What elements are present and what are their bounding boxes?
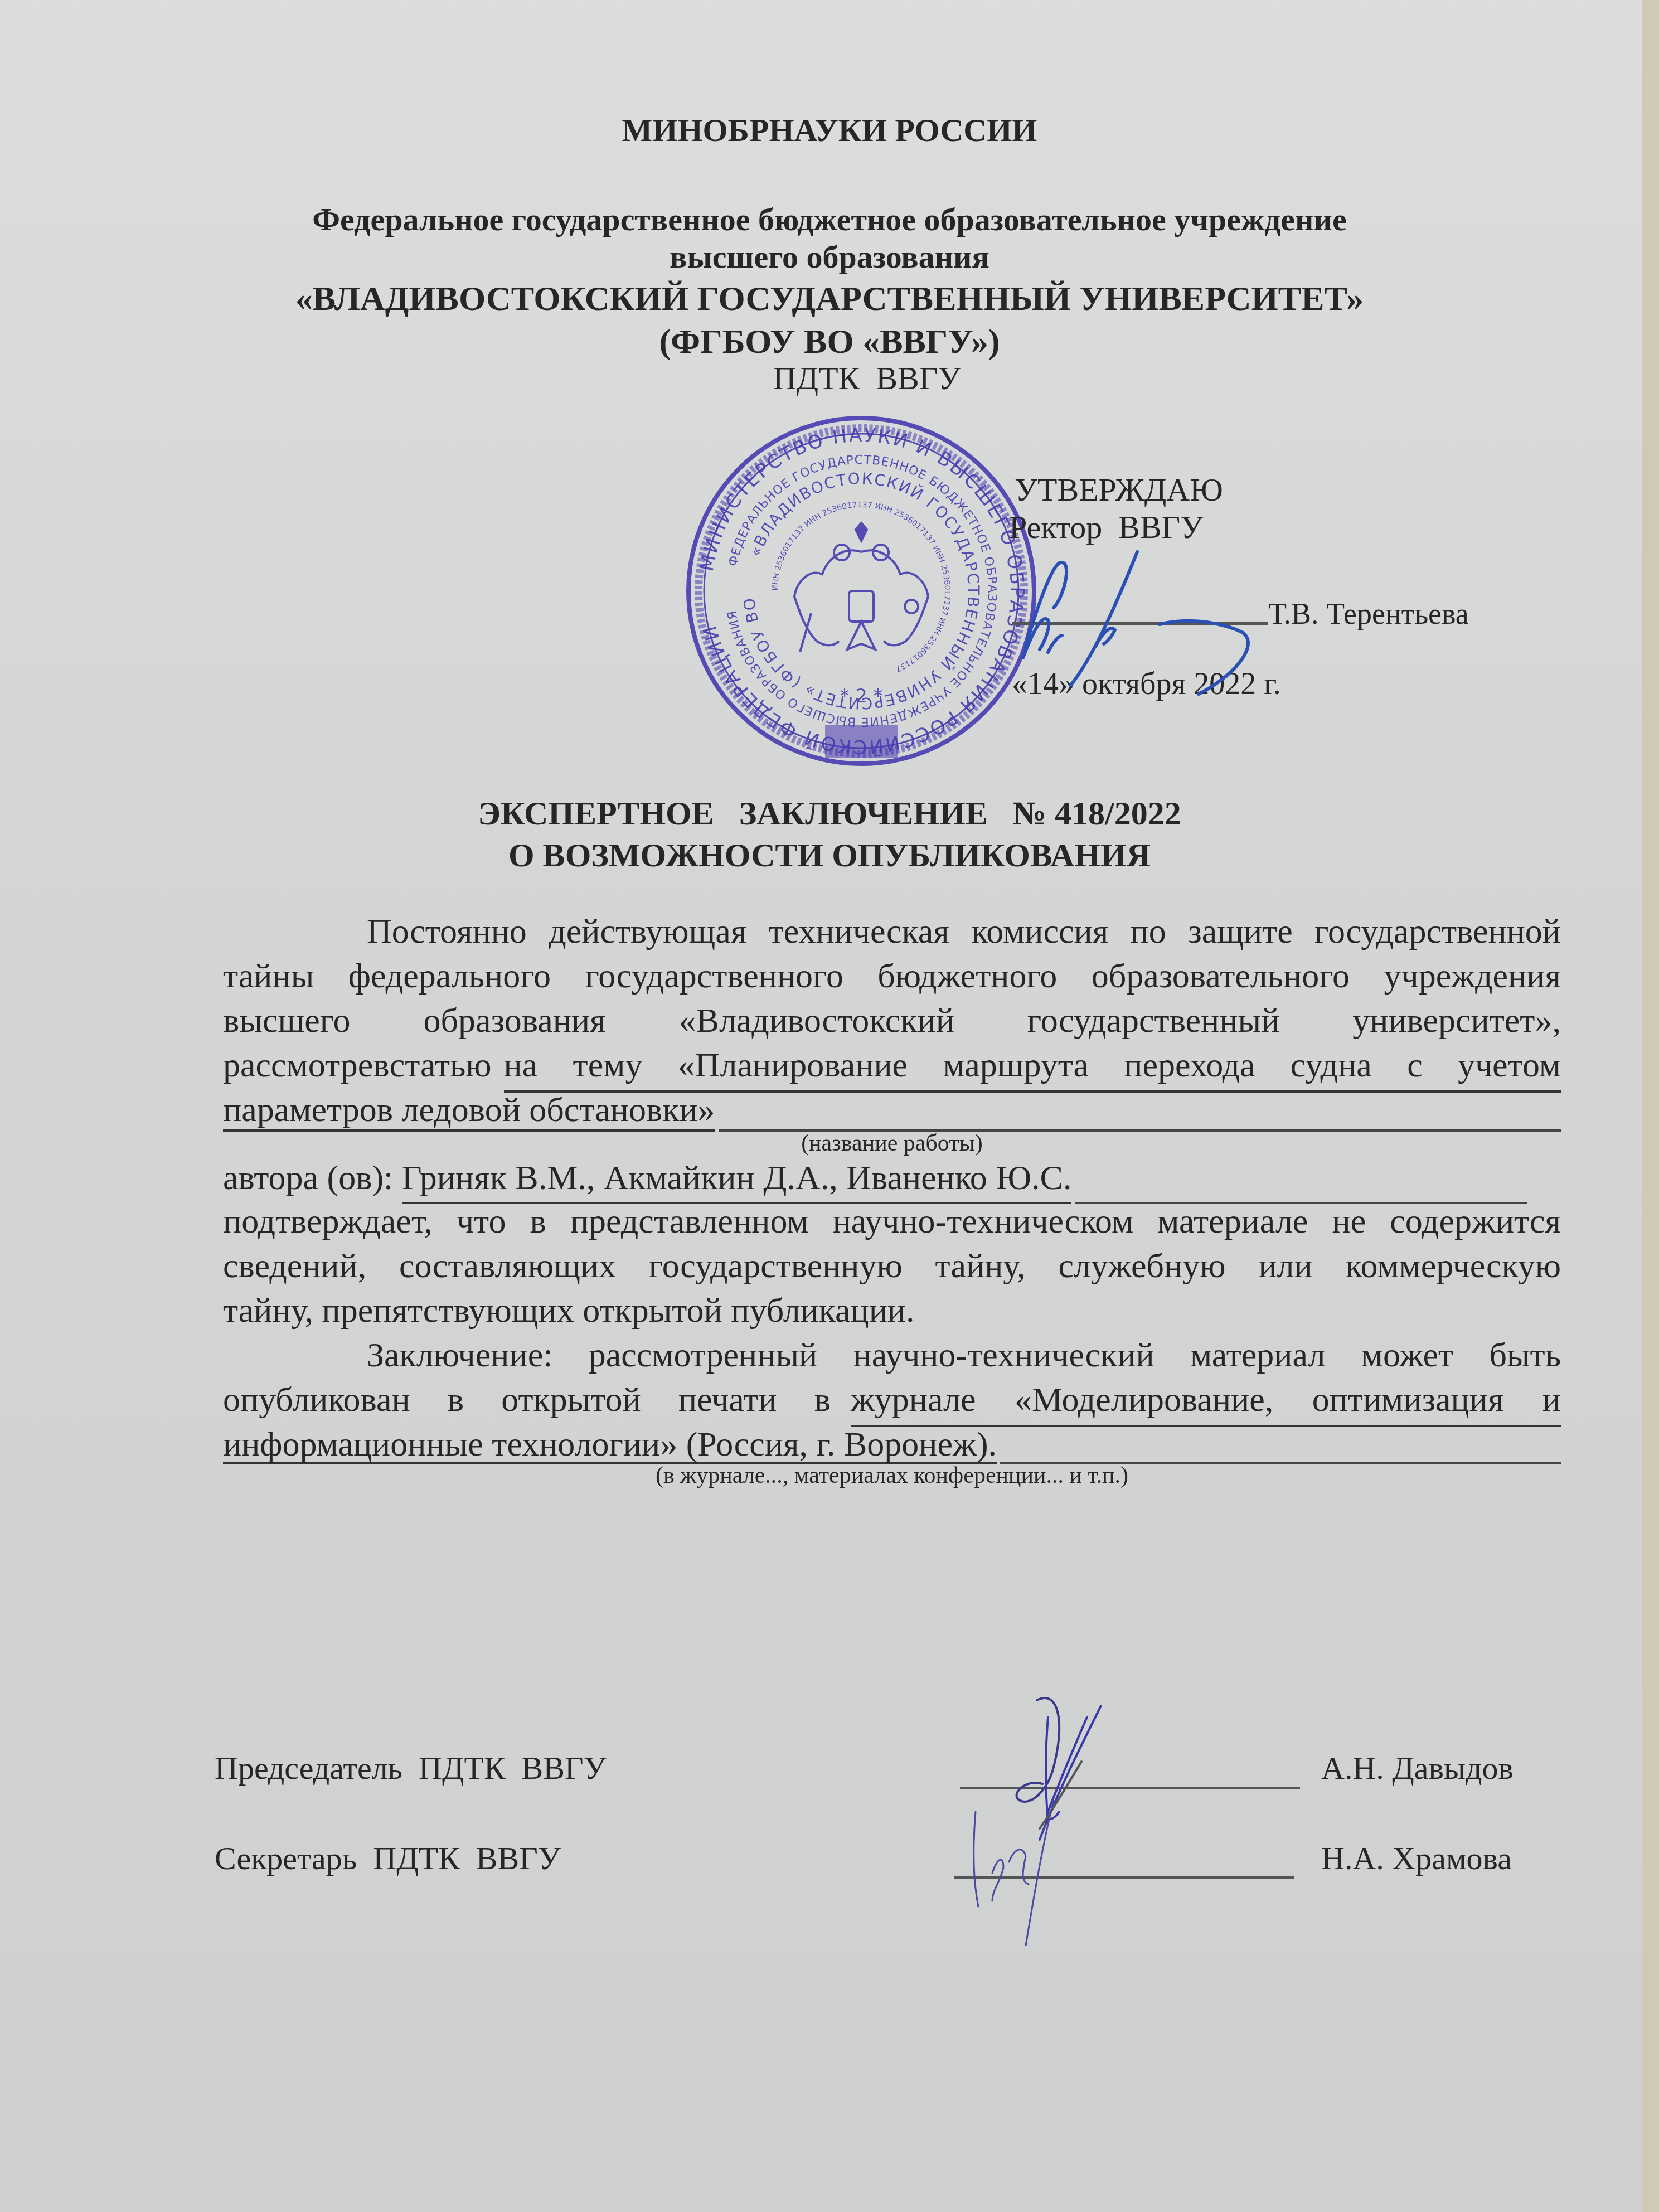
word: бюджетного xyxy=(877,959,1057,1003)
word: или xyxy=(1258,1249,1312,1293)
word: журнале xyxy=(851,1382,976,1425)
word: университет», xyxy=(1352,1003,1561,1048)
word: в xyxy=(814,1382,831,1427)
journal-line1: журнале«Моделирование,оптимизацияи xyxy=(851,1382,1561,1427)
stamp-number: * 2 * xyxy=(840,685,882,707)
document-title: ЭКСПЕРТНОЕ ЗАКЛЮЧЕНИЕ № 418/2022 xyxy=(0,794,1659,833)
institution-line-1: Федеральное государственное бюджетное об… xyxy=(0,203,1659,236)
conclusion-line2: опубликованвоткрытойпечатив журнале«Моде… xyxy=(223,1382,1561,1427)
approval-label: УТВЕРЖДАЮ xyxy=(1015,471,1223,508)
word: составляющих xyxy=(399,1249,616,1293)
word: оптимизация xyxy=(1312,1382,1504,1425)
word: тайну, xyxy=(935,1249,1026,1293)
confirm-line3: тайну, препятствующих открытой публикаци… xyxy=(223,1293,1561,1338)
word: может xyxy=(1361,1338,1453,1382)
authors-label: автора (ов): xyxy=(223,1161,402,1204)
word: Заключение: xyxy=(367,1338,552,1382)
word: «Моделирование, xyxy=(1015,1382,1273,1425)
word: научно-техническом xyxy=(833,1204,1134,1249)
word: «Планирование xyxy=(678,1048,908,1090)
word: материале xyxy=(1157,1204,1308,1249)
word: подтверждает, xyxy=(223,1204,433,1249)
word: что xyxy=(457,1204,506,1249)
word: техническая xyxy=(769,914,949,959)
topic-fill-line xyxy=(719,1093,1561,1132)
chairman-position: Председатель ПДТК ВВГУ xyxy=(215,1749,607,1787)
word: по xyxy=(1131,914,1166,959)
word: и xyxy=(1542,1382,1561,1425)
chairman-signature xyxy=(937,1684,1249,1946)
word: учетом xyxy=(1458,1048,1561,1090)
article-topic-line2: параметров ледовой обстановки» xyxy=(223,1093,715,1132)
word: судна xyxy=(1291,1048,1372,1090)
chairman-name: А.Н. Давыдов xyxy=(1321,1749,1514,1787)
journal-caption: (в журнале..., материалах конференции...… xyxy=(223,1464,1561,1487)
topic-caption: (название работы) xyxy=(223,1132,1561,1161)
word: государственный xyxy=(1027,1003,1280,1048)
word: на xyxy=(504,1048,538,1090)
department-label: ПДТК ВВГУ xyxy=(741,362,992,395)
word: служебную xyxy=(1058,1249,1225,1293)
approval-position: Ректор ВВГУ xyxy=(1009,508,1203,546)
official-stamp: МИНИСТЕРСТВО НАУКИ И ВЫСШЕГО ОБРАЗОВАНИЯ… xyxy=(683,413,1040,769)
paragraph1-line3: высшегообразования«Владивостокскийгосуда… xyxy=(223,1003,1561,1048)
university-name: «ВЛАДИВОСТОКСКИЙ ГОСУДАРСТВЕННЫЙ УНИВЕРС… xyxy=(0,282,1659,316)
paragraph1-line2: тайныфедеральногогосударственногобюджетн… xyxy=(223,959,1561,1003)
word: не xyxy=(1332,1204,1366,1249)
rector-signature xyxy=(992,546,1304,714)
word: рассмотренный xyxy=(589,1338,818,1382)
confirm-line2: сведений,составляющихгосударственнуютайн… xyxy=(223,1249,1561,1293)
paragraph1-line1: Постояннодействующаятехническаякомиссияп… xyxy=(223,914,1561,959)
coat-of-arms-icon xyxy=(794,523,928,652)
word: сведений, xyxy=(223,1249,366,1293)
word: с xyxy=(1407,1048,1423,1090)
word: высшего xyxy=(223,1003,351,1048)
word: перехода xyxy=(1124,1048,1255,1090)
document-body: Постояннодействующаятехническаякомиссияп… xyxy=(223,914,1561,1487)
word: образования xyxy=(424,1003,606,1048)
conclusion-line3: информационные технологии» (Россия, г. В… xyxy=(223,1427,1561,1464)
confirm-line1: подтверждает,чтовпредставленномнаучно-те… xyxy=(223,1204,1561,1249)
word: в xyxy=(530,1204,546,1249)
paragraph1-line5: параметров ледовой обстановки» xyxy=(223,1093,1561,1132)
authors-value: Гриняк В.М., Акмайкин Д.А., Иваненко Ю.С… xyxy=(402,1161,1072,1204)
word: представленном xyxy=(570,1204,809,1249)
word: печати xyxy=(678,1382,777,1427)
word: действующая xyxy=(549,914,746,959)
word: содержится xyxy=(1390,1204,1561,1249)
ministry-heading: МИНОБРНАУКИ РОССИИ xyxy=(0,114,1659,147)
word: тайны xyxy=(223,959,314,1003)
word: государственную xyxy=(649,1249,903,1293)
word: комиссия xyxy=(971,914,1108,959)
university-abbreviation: (ФГБОУ ВО «ВВГУ») xyxy=(0,324,1659,359)
word: федерального xyxy=(348,959,551,1003)
document-subtitle: О ВОЗМОЖНОСТИ ОПУБЛИКОВАНИЯ xyxy=(0,836,1659,875)
institution-line-2: высшего образования xyxy=(0,241,1659,273)
word: государственной xyxy=(1314,914,1561,959)
word: открытой xyxy=(501,1382,641,1427)
word: быть xyxy=(1489,1338,1561,1382)
word: защите xyxy=(1188,914,1293,959)
word: маршрута xyxy=(943,1048,1089,1090)
word: опубликован xyxy=(223,1382,410,1427)
word: в xyxy=(448,1382,464,1427)
authors-line: автора (ов): Гриняк В.М., Акмайкин Д.А.,… xyxy=(223,1161,1561,1204)
word: государственного xyxy=(585,959,843,1003)
word: образовательного xyxy=(1092,959,1350,1003)
paragraph1-line4: рассмотрев статью натему«Планированиемар… xyxy=(223,1048,1561,1093)
journal-line2: информационные технологии» (Россия, г. В… xyxy=(223,1427,997,1464)
word: материал xyxy=(1190,1338,1326,1382)
word: тему xyxy=(573,1048,643,1090)
secretary-name: Н.А. Храмова xyxy=(1321,1840,1512,1877)
word: учреждения xyxy=(1384,959,1560,1003)
word: «Владивостокский xyxy=(679,1003,954,1048)
secretary-position: Секретарь ПДТК ВВГУ xyxy=(215,1840,561,1877)
word: научно-технический xyxy=(853,1338,1154,1382)
article-topic-line1: натему«Планированиемаршрутапереходасудна… xyxy=(504,1048,1561,1093)
word: коммерческую xyxy=(1345,1249,1561,1293)
word: Постоянно xyxy=(367,914,527,959)
conclusion-line1: Заключение:рассмотренныйнаучно-техническ… xyxy=(223,1338,1561,1382)
